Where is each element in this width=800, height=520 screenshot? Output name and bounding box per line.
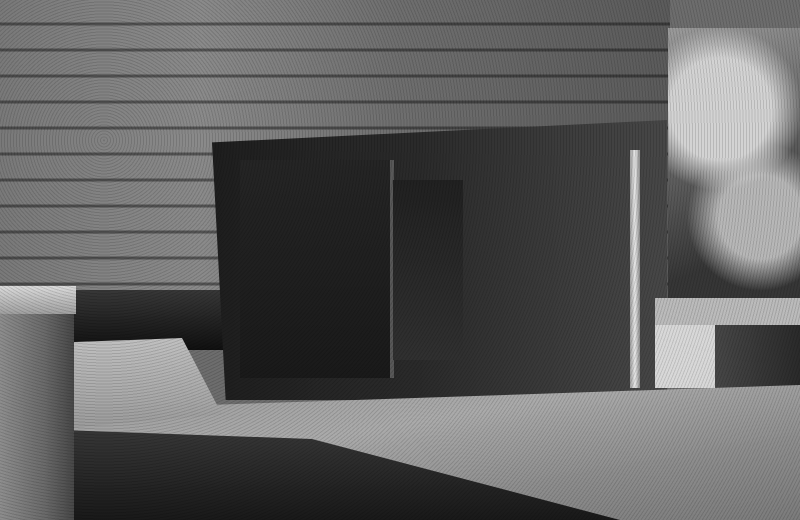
film-grain xyxy=(0,0,800,520)
photo-scene xyxy=(0,0,800,520)
